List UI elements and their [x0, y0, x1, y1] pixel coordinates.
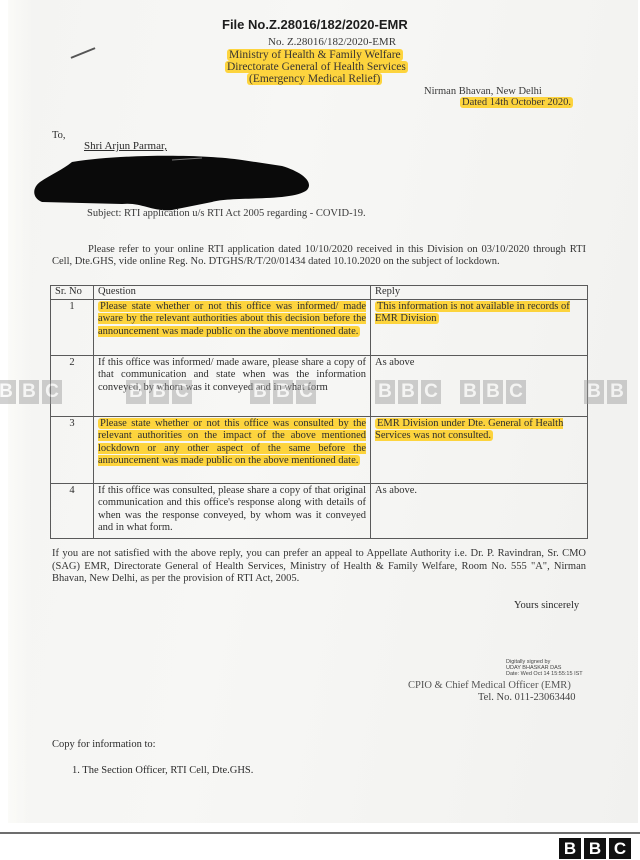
wm-letter: C — [42, 380, 62, 404]
division-name: (Emergency Medical Relief) — [247, 73, 382, 85]
wm-letter: B — [126, 380, 146, 404]
table-header: Sr. No Question Reply — [51, 286, 588, 300]
redaction-scribble — [32, 152, 314, 212]
digital-signature-line: Date: Wed Oct 14 15:55:15 IST — [506, 671, 583, 677]
ministry-name: Ministry of Health & Family Welfare — [227, 49, 403, 61]
reply-cell: As above. — [371, 483, 588, 538]
wm-letter: B — [460, 380, 480, 404]
logo-letter: B — [584, 838, 606, 859]
question-cell: If this office was consulted, please sha… — [94, 483, 371, 538]
wm-letter: B — [398, 380, 418, 404]
wm-letter: B — [483, 380, 503, 404]
reference-number: No. Z.28016/182/2020-EMR — [268, 36, 396, 48]
wm-letter: B — [584, 380, 604, 404]
logo-letter: C — [609, 838, 631, 859]
wm-letter: C — [296, 380, 316, 404]
question-text: Please state whether or not this office … — [98, 418, 366, 467]
appeal-paragraph: If you are not satisfied with the above … — [52, 548, 586, 586]
telephone: Tel. No. 011-23063440 — [478, 692, 575, 703]
ministry-text: Ministry of Health & Family Welfare — [227, 49, 403, 61]
page-edge — [8, 0, 32, 823]
bbc-watermark: BBC — [460, 380, 526, 404]
reply-cell: This information is not available in rec… — [371, 299, 588, 355]
wm-letter: B — [0, 380, 16, 404]
wm-letter: C — [506, 380, 526, 404]
date-line: Dated 14th October 2020. — [460, 97, 573, 108]
bbc-watermark: BBC — [0, 380, 62, 404]
wm-letter: B — [250, 380, 270, 404]
copy-recipient: 1. The Section Officer, RTI Cell, Dte.GH… — [72, 765, 253, 776]
bbc-watermark: BBC — [250, 380, 316, 404]
logo-letter: B — [559, 838, 581, 859]
division-text: (Emergency Medical Relief) — [247, 73, 382, 85]
rti-table: Sr. No Question Reply 1 Please state whe… — [50, 285, 588, 539]
wm-letter: B — [273, 380, 293, 404]
copy-label: Copy for information to: — [52, 739, 156, 750]
bbc-watermark: BBC — [126, 380, 192, 404]
wm-letter: B — [149, 380, 169, 404]
directorate-text: Directorate General of Health Services — [225, 61, 408, 73]
wm-letter: B — [19, 380, 39, 404]
reply-cell: EMR Division under Dte. General of Healt… — [371, 416, 588, 483]
closing: Yours sincerely — [514, 600, 579, 611]
reply-text: EMR Division under Dte. General of Healt… — [375, 418, 563, 442]
question-cell: Please state whether or not this office … — [94, 416, 371, 483]
table-row: 1 Please state whether or not this offic… — [51, 299, 588, 355]
reply-text: This information is not available in rec… — [375, 301, 570, 325]
wm-letter: C — [172, 380, 192, 404]
sr-no: 4 — [51, 483, 94, 538]
footer-divider — [0, 832, 640, 834]
sr-no: 1 — [51, 299, 94, 355]
question-text: Please state whether or not this office … — [98, 301, 366, 337]
header-reply: Reply — [371, 286, 588, 300]
location: Nirman Bhavan, New Delhi — [424, 86, 542, 97]
date-text: Dated 14th October 2020. — [460, 97, 573, 108]
subject-line: Subject: RTI application u/s RTI Act 200… — [87, 208, 366, 219]
addressee: Shri Arjun Parmar, — [84, 140, 167, 152]
to-label: To, — [52, 130, 66, 141]
table-row: 3 Please state whether or not this offic… — [51, 416, 588, 483]
question-cell: Please state whether or not this office … — [94, 299, 371, 355]
intro-paragraph: Please refer to your online RTI applicat… — [52, 244, 586, 268]
directorate-name: Directorate General of Health Services — [225, 61, 408, 73]
bbc-logo: B B C — [559, 838, 631, 859]
wm-letter: B — [375, 380, 395, 404]
digital-signature: Digitally signed by UDAY BHASKAR DAS Dat… — [506, 659, 583, 677]
signatory-title: CPIO & Chief Medical Officer (EMR) — [408, 680, 571, 691]
header-sr-no: Sr. No — [51, 286, 94, 300]
table-row: 4 If this office was consulted, please s… — [51, 483, 588, 538]
sr-no: 3 — [51, 416, 94, 483]
header-question: Question — [94, 286, 371, 300]
wm-letter: C — [421, 380, 441, 404]
wm-letter: B — [607, 380, 627, 404]
file-number: File No.Z.28016/182/2020-EMR — [222, 17, 408, 32]
bbc-watermark: BB — [584, 380, 627, 404]
bbc-watermark: BBC — [375, 380, 441, 404]
